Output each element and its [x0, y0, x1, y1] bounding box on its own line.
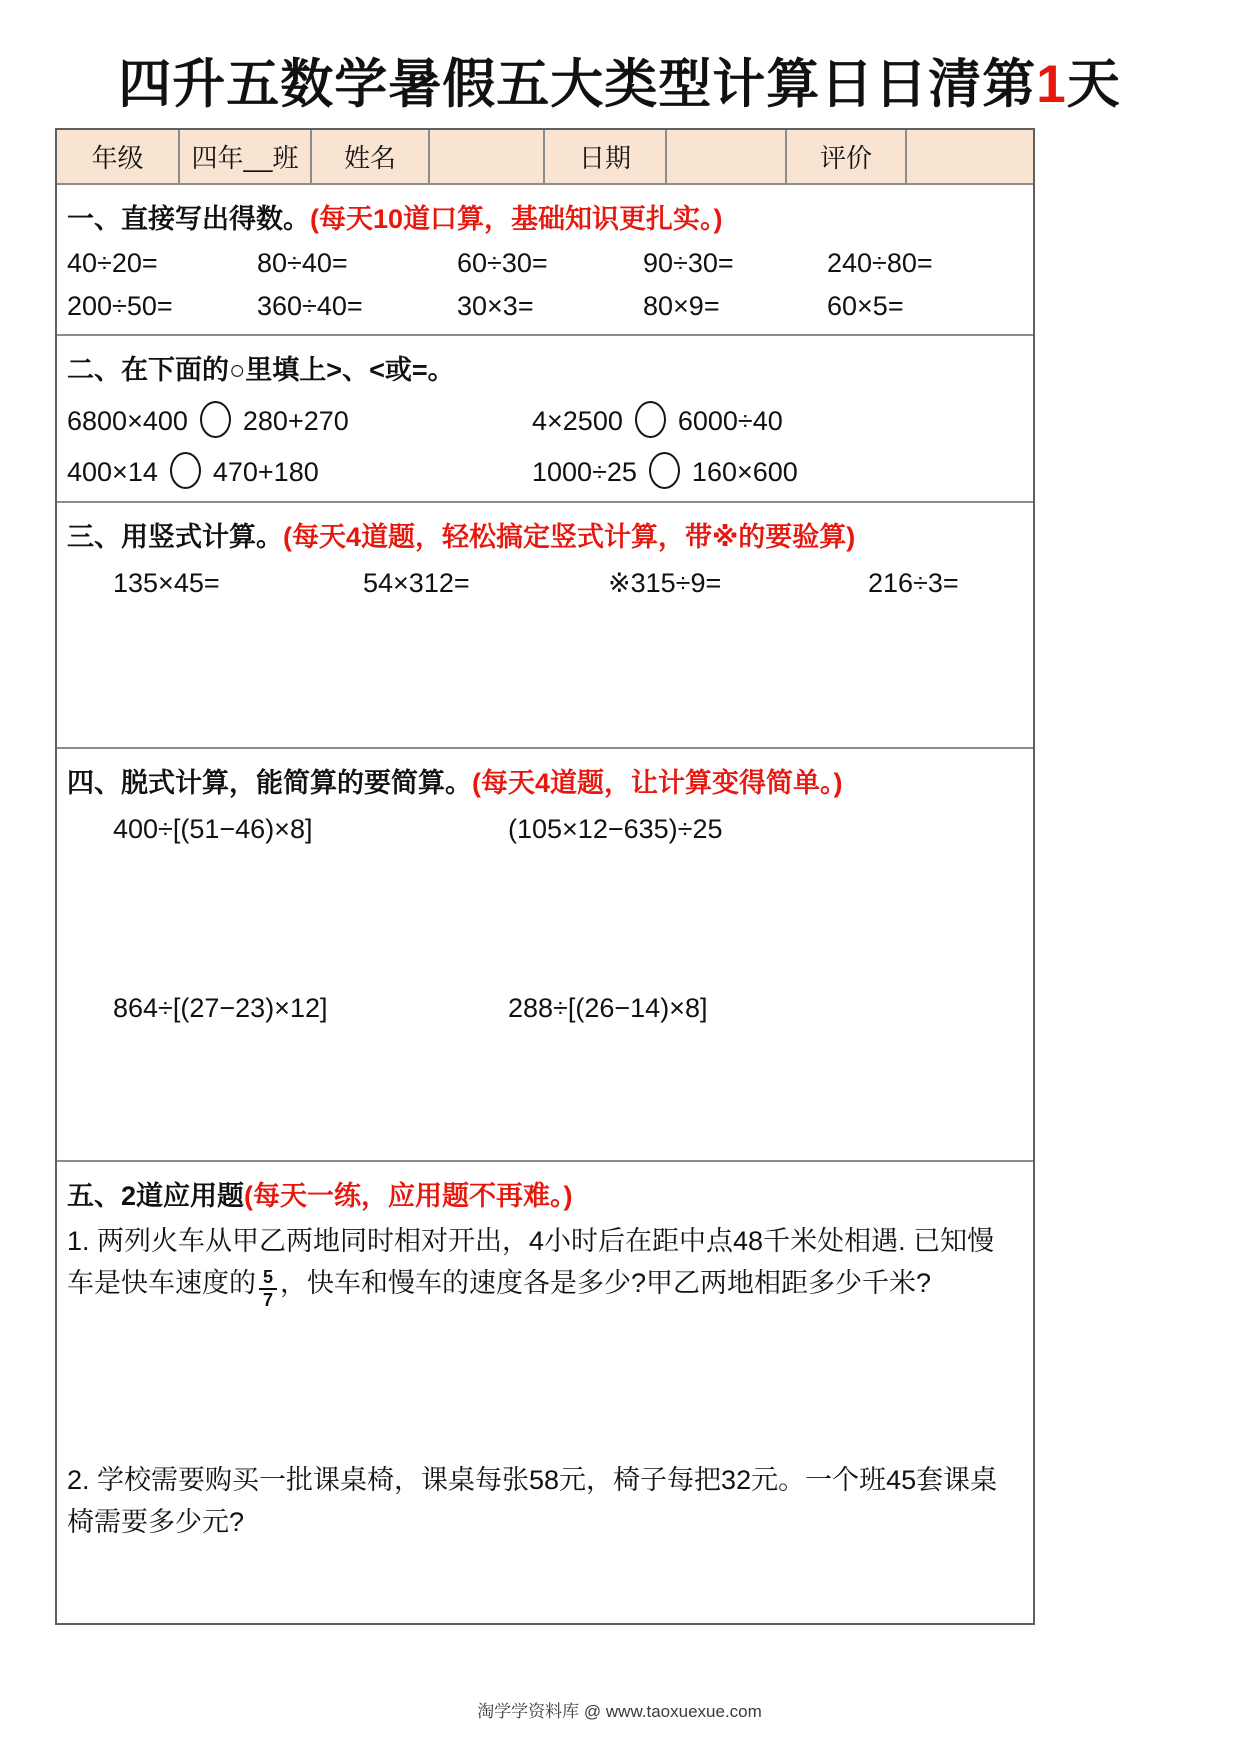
oral-problems-row-1: 40÷20= 80÷40= 60÷30= 90÷30= 240÷80= [65, 238, 1025, 281]
math-problem: 360÷40= [257, 291, 457, 322]
worksheet-table: 年级 四年__班 姓名 日期 评价 一、直接写出得数。(每天10道口算，基础知识… [55, 128, 1035, 1625]
footer-text: 淘学学资料库 @ www.taoxuexue.com [477, 1702, 762, 1721]
title-suffix: 天 [1067, 55, 1121, 114]
heading-black-text: 三、用竖式计算。 [67, 522, 283, 552]
math-problem: 864÷[(27−23)×12] [113, 993, 508, 1024]
date-input-cell[interactable] [667, 130, 787, 183]
work-area[interactable] [65, 599, 1025, 737]
comparison-answer-circle[interactable] [635, 401, 666, 438]
comparison-lhs: 4×2500 [532, 406, 623, 436]
work-area[interactable] [65, 1024, 1025, 1150]
section-four-heading: 四、脱式计算，能简算的要简算。(每天4道题，让计算变得简单。) [65, 753, 1025, 802]
compare-row-2: 400×14470+180 1000÷25160×600 [65, 440, 1025, 491]
word-problem-2: 2. 学校需要购买一批课桌椅，课桌每张58元，椅子每把32元。一个班45套课桌椅… [65, 1454, 1025, 1544]
section-three-heading: 三、用竖式计算。(每天4道题，轻松搞定竖式计算，带※的要验算) [65, 507, 1025, 556]
comparison-lhs: 400×14 [67, 457, 158, 487]
math-problem: ※315÷9= [608, 568, 868, 599]
comparison-problem: 1000÷25160×600 [532, 452, 1025, 489]
oral-problems-row-2: 200÷50= 360÷40= 30×3= 80×9= 60×5= [65, 281, 1025, 324]
fraction-denominator: 7 [259, 1290, 277, 1310]
compare-row-1: 6800×400280+270 4×25006000÷40 [65, 389, 1025, 440]
work-area[interactable] [65, 845, 1025, 981]
heading-red-note: (每天4道题，轻松搞定竖式计算，带※的要验算) [283, 522, 855, 552]
math-problem: 400÷[(51−46)×8] [113, 814, 508, 845]
math-problem: (105×12−635)÷25 [508, 814, 1025, 845]
heading-black-text: 四、脱式计算，能简算的要简算。 [67, 768, 472, 798]
name-input-cell[interactable] [430, 130, 545, 183]
vertical-problems-row: 135×45= 54×312= ※315÷9= 216÷3= [65, 556, 1025, 599]
math-problem: 288÷[(26−14)×8] [508, 993, 1025, 1024]
fraction-five-sevenths: 57 [259, 1268, 277, 1310]
rating-label: 评价 [787, 130, 907, 183]
footer-credit: 淘学学资料库 @ www.taoxuexue.com [0, 1697, 1239, 1722]
math-problem: 80×9= [643, 291, 827, 322]
math-problem: 80÷40= [257, 248, 457, 279]
comparison-answer-circle[interactable] [200, 401, 231, 438]
math-problem: 90÷30= [643, 248, 827, 279]
comparison-problem: 4×25006000÷40 [532, 401, 1025, 438]
fraction-numerator: 5 [259, 1268, 277, 1290]
math-problem: 60×5= [827, 291, 1025, 322]
rating-input-cell[interactable] [907, 130, 1033, 183]
day-number: 1 [1036, 55, 1066, 114]
comparison-answer-circle[interactable] [649, 452, 680, 489]
comparison-answer-circle[interactable] [170, 452, 201, 489]
math-problem: 135×45= [113, 568, 363, 599]
heading-black-text: 五、2道应用题 [67, 1181, 244, 1211]
comparison-problem: 6800×400280+270 [67, 401, 532, 438]
heading-red-note: (每天一练，应用题不再难。) [244, 1181, 572, 1211]
work-area[interactable] [65, 1543, 1025, 1613]
step-problems-row-1: 400÷[(51−46)×8] (105×12−635)÷25 [65, 802, 1025, 845]
math-problem: 40÷20= [67, 248, 257, 279]
comparison-rhs: 6000÷40 [678, 406, 783, 436]
heading-red-note: (每天10道口算，基础知识更扎实。) [310, 204, 723, 234]
problem-text: ，快车和慢车的速度各是多少?甲乙两地相距多少千米? [280, 1268, 931, 1298]
section-word-problems: 五、2道应用题(每天一练，应用题不再难。) 1. 两列火车从甲乙两地同时相对开出… [57, 1160, 1033, 1623]
math-problem: 240÷80= [827, 248, 1025, 279]
section-oral-calc: 一、直接写出得数。(每天10道口算，基础知识更扎实。) 40÷20= 80÷40… [57, 183, 1033, 334]
section-step-calc: 四、脱式计算，能简算的要简算。(每天4道题，让计算变得简单。) 400÷[(51… [57, 747, 1033, 1160]
work-area[interactable] [65, 1310, 1025, 1454]
comparison-rhs: 160×600 [692, 457, 798, 487]
info-header-row: 年级 四年__班 姓名 日期 评价 [57, 130, 1033, 183]
section-one-heading: 一、直接写出得数。(每天10道口算，基础知识更扎实。) [65, 189, 1025, 238]
section-two-heading: 二、在下面的○里填上>、<或=。 [65, 340, 1025, 389]
math-problem: 30×3= [457, 291, 643, 322]
comparison-lhs: 1000÷25 [532, 457, 637, 487]
section-vertical-calc: 三、用竖式计算。(每天4道题，轻松搞定竖式计算，带※的要验算) 135×45= … [57, 501, 1033, 747]
grade-label: 年级 [57, 130, 180, 183]
section-five-heading: 五、2道应用题(每天一练，应用题不再难。) [65, 1166, 1025, 1215]
math-problem: 60÷30= [457, 248, 643, 279]
name-label: 姓名 [312, 130, 430, 183]
heading-red-note: (每天4道题，让计算变得简单。) [472, 768, 843, 798]
math-problem: 216÷3= [868, 568, 1025, 599]
step-problems-row-2: 864÷[(27−23)×12] 288÷[(26−14)×8] [65, 981, 1025, 1024]
date-label: 日期 [545, 130, 667, 183]
comparison-rhs: 280+270 [243, 406, 349, 436]
math-problem: 54×312= [363, 568, 608, 599]
section-compare: 二、在下面的○里填上>、<或=。 6800×400280+270 4×25006… [57, 334, 1033, 501]
title-prefix: 四升五数学暑假五大类型计算日日清第 [118, 55, 1036, 114]
grade-class-value[interactable]: 四年__班 [180, 130, 312, 183]
page-title: 四升五数学暑假五大类型计算日日清第1天 [10, 42, 1229, 118]
comparison-rhs: 470+180 [213, 457, 319, 487]
math-problem: 200÷50= [67, 291, 257, 322]
comparison-problem: 400×14470+180 [67, 452, 532, 489]
heading-black-text: 一、直接写出得数。 [67, 204, 310, 234]
word-problem-1: 1. 两列火车从甲乙两地同时相对开出，4小时后在距中点48千米处相遇. 已知慢车… [65, 1215, 1025, 1310]
comparison-lhs: 6800×400 [67, 406, 188, 436]
